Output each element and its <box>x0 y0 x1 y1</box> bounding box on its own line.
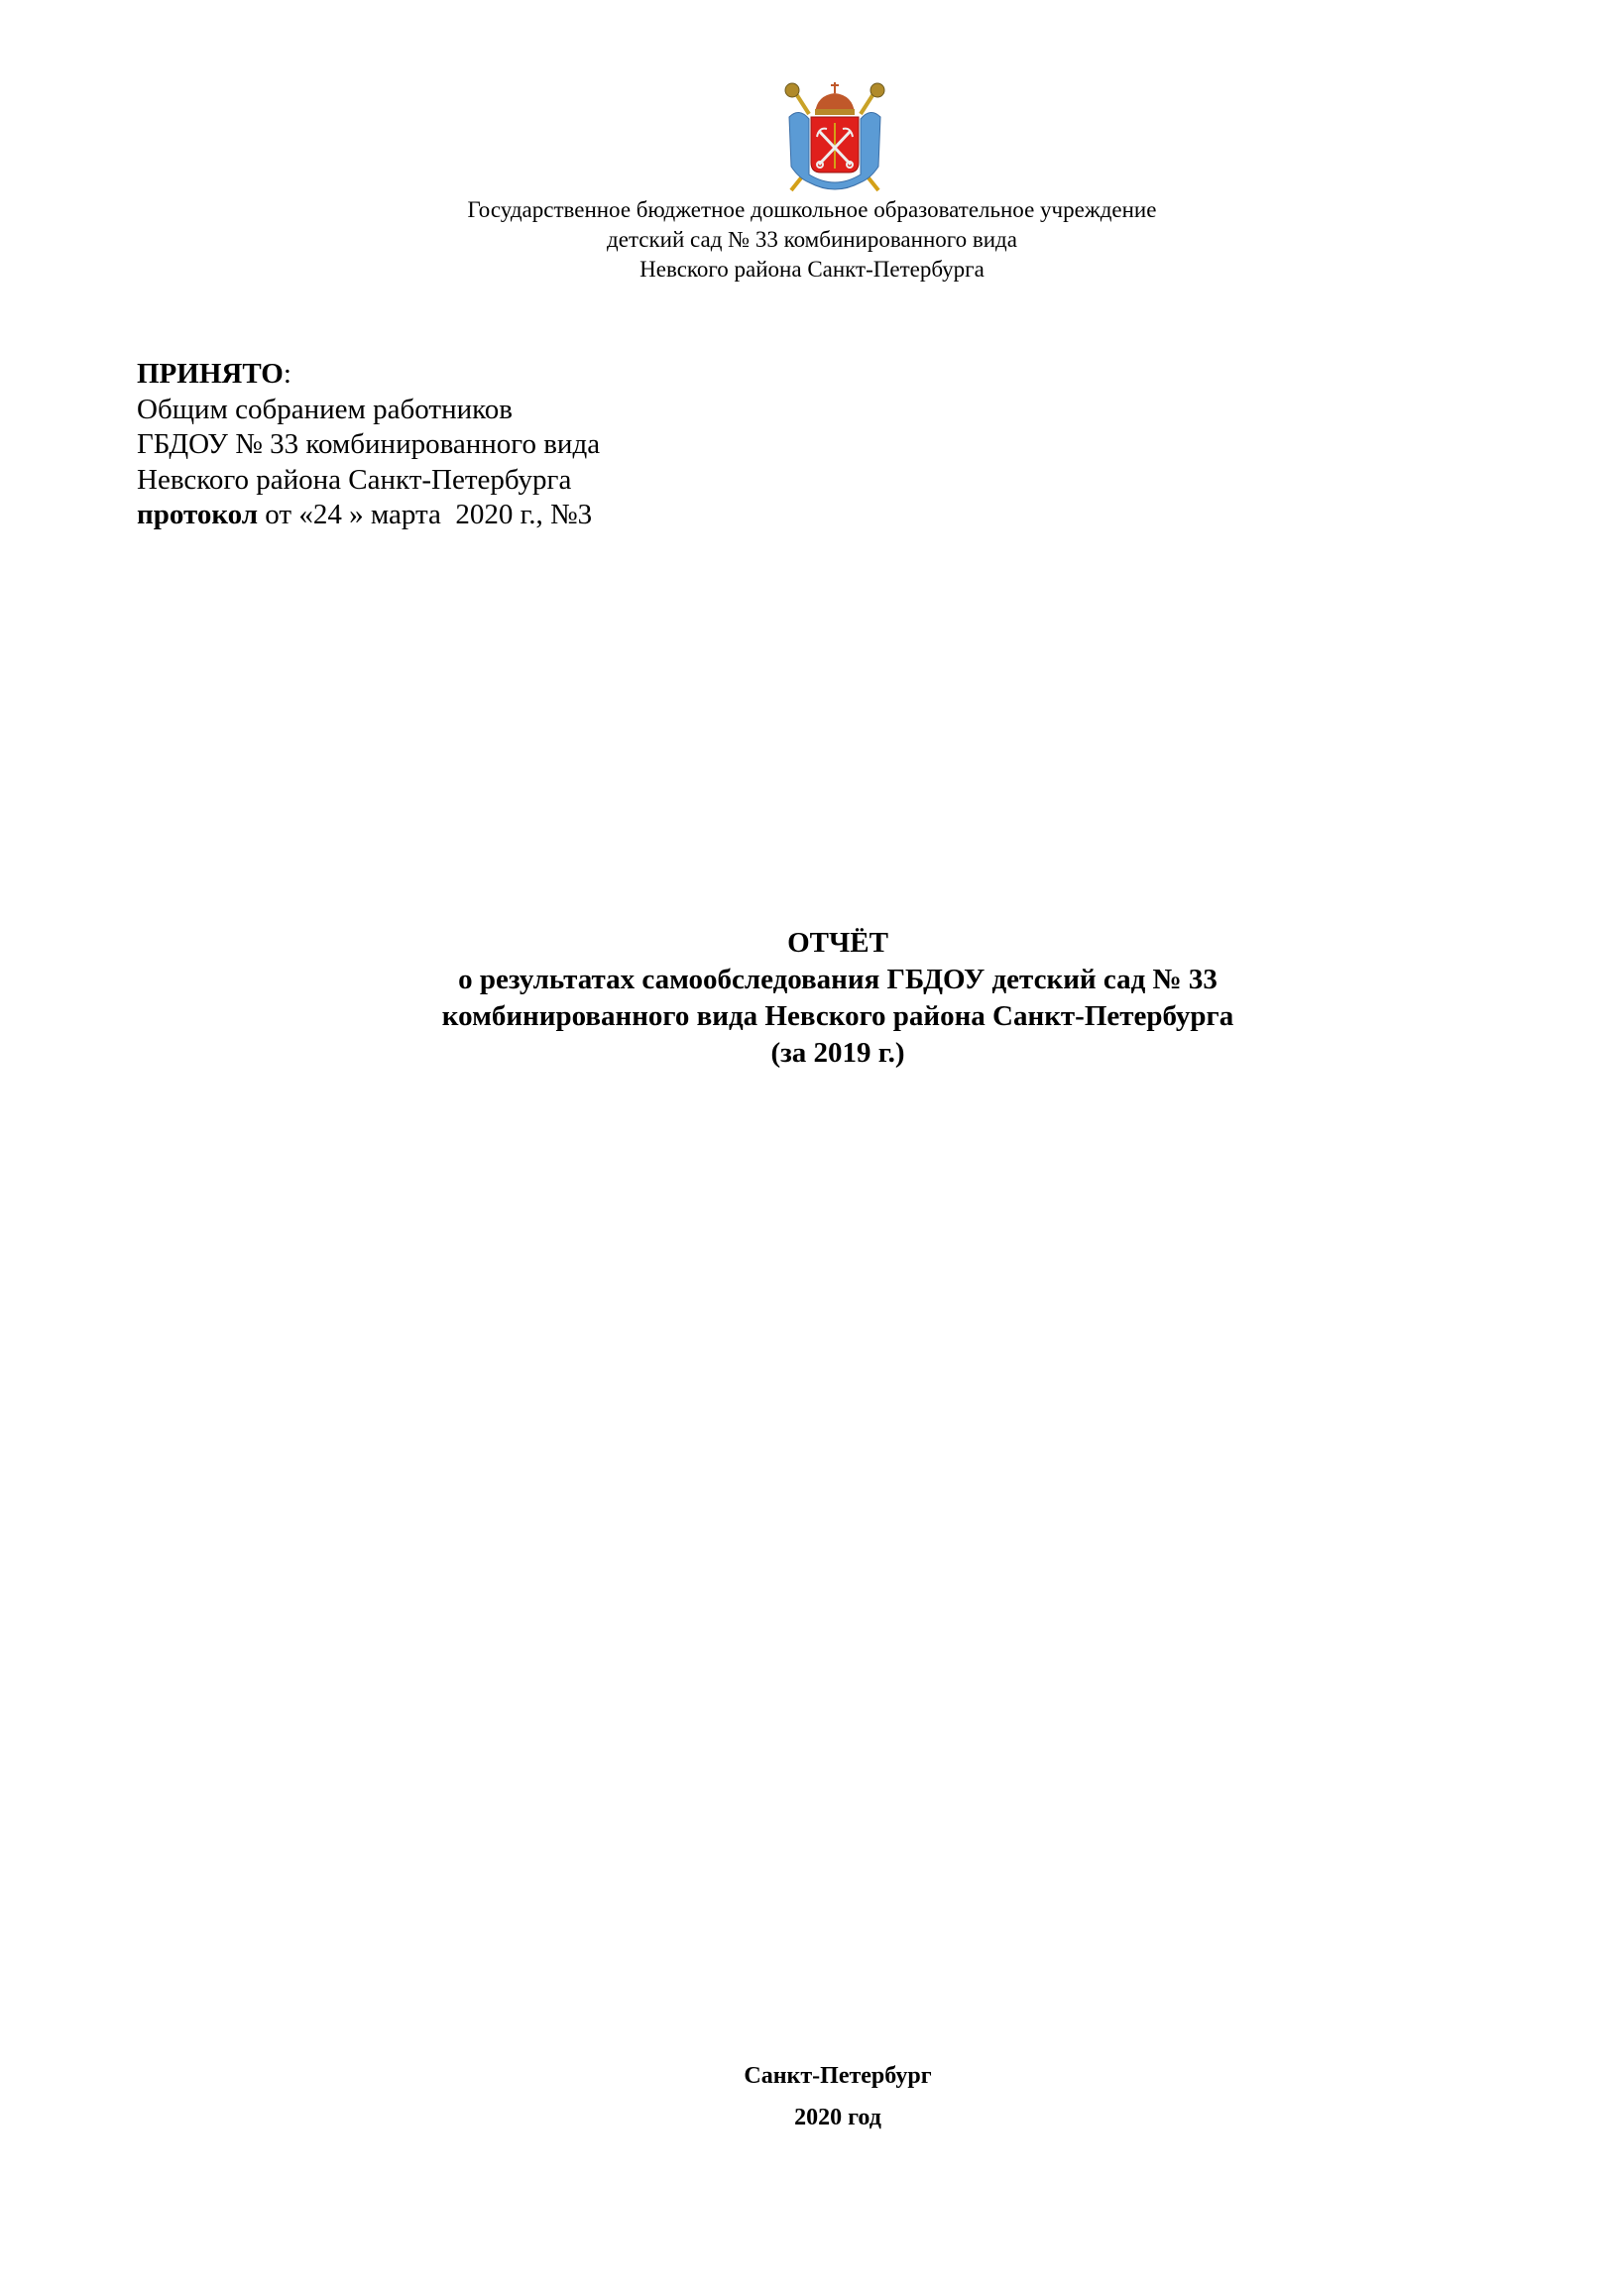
approval-block: ПРИНЯТО: Общим собранием работников ГБДО… <box>137 357 600 533</box>
report-title: ОТЧЁТ о результатах самообследования ГБД… <box>337 925 1338 1072</box>
place-and-year: Санкт-Петербург 2020 год <box>0 2055 1624 2138</box>
report-subtitle-line: о результатах самообследования ГБДОУ дет… <box>337 962 1338 998</box>
approval-line: Общим собранием работников <box>137 393 600 428</box>
city: Санкт-Петербург <box>0 2055 1624 2097</box>
approval-heading: ПРИНЯТО: <box>137 357 600 393</box>
report-period: (за 2019 г.) <box>337 1035 1338 1072</box>
protocol-line: протокол от «24 » марта 2020 г., №3 <box>137 498 600 533</box>
report-heading: ОТЧЁТ <box>337 925 1338 962</box>
report-subtitle-line: комбинированного вида Невского района Са… <box>337 998 1338 1035</box>
org-name-line: Государственное бюджетное дошкольное обр… <box>0 195 1624 225</box>
org-name-line: детский сад № 33 комбинированного вида <box>0 225 1624 255</box>
approval-line: ГБДОУ № 33 комбинированного вида <box>137 427 600 463</box>
org-name-line: Невского района Санкт-Петербурга <box>0 255 1624 285</box>
coat-of-arms-icon <box>779 79 890 194</box>
year: 2020 год <box>0 2097 1624 2138</box>
approval-line: Невского района Санкт-Петербурга <box>137 463 600 499</box>
organization-header: Государственное бюджетное дошкольное обр… <box>0 195 1624 285</box>
